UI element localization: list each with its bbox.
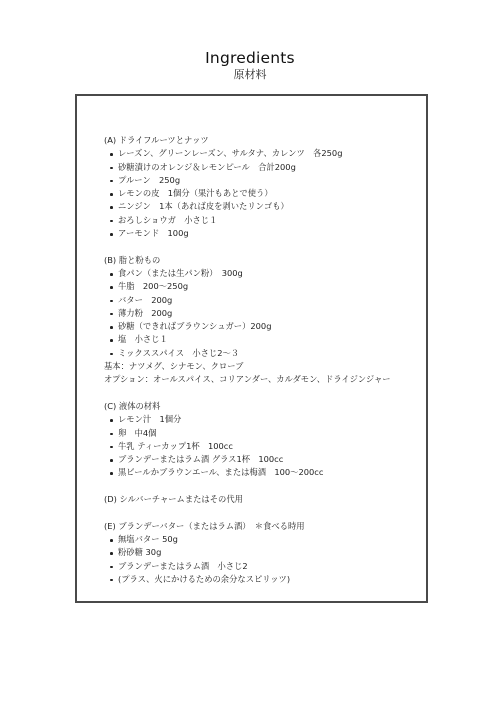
list-item: 薄力粉 200g xyxy=(104,307,419,320)
list-item: アーモンド 100g xyxy=(104,227,419,240)
list-item: プルーン 250g xyxy=(104,174,419,187)
section-heading: (A) ドライフルーツとナッツ xyxy=(104,134,419,147)
list-item: レモンの皮 1個分（果汁もあとで使う） xyxy=(104,187,419,200)
list-item: ニンジン 1本（あれば皮を剥いたリンゴも） xyxy=(104,200,419,213)
list-item: 塩 小さじ１ xyxy=(104,333,419,346)
section-heading: (D) シルバーチャームまたはその代用 xyxy=(104,493,419,506)
ingredient-list: レーズン、グリーンレーズン、サルタナ、カレンツ 各250g 砂糖漬けのオレンジ＆… xyxy=(104,147,419,240)
page-subtitle: 原材料 xyxy=(0,68,500,82)
ingredient-list: 食パン（または生パン粉） 300g 牛脂 200〜250g バター 200g 薄… xyxy=(104,267,419,360)
ingredient-list: レモン汁 1個分 卵 中4個 牛乳 ティーカップ1杯 100cc ブランデーまた… xyxy=(104,413,419,479)
list-item: (プラス、火にかけるための余分なスピリッツ) xyxy=(104,573,419,586)
spice-note-optional: オプション：オールスパイス、コリアンダー、カルダモン、ドライジンジャー xyxy=(104,373,419,386)
list-item: 卵 中4個 xyxy=(104,427,419,440)
section-a-dried-fruits-nuts: (A) ドライフルーツとナッツ レーズン、グリーンレーズン、サルタナ、カレンツ … xyxy=(104,134,419,240)
ingredients-content: (A) ドライフルーツとナッツ レーズン、グリーンレーズン、サルタナ、カレンツ … xyxy=(104,134,419,586)
list-item: ブランデーまたはラム酒 小さじ2 xyxy=(104,560,419,573)
list-item: 黒ビールかブラウンエール、または梅酒 100〜200cc xyxy=(104,466,419,479)
section-d-silver-charm: (D) シルバーチャームまたはその代用 xyxy=(104,493,419,506)
list-item: 砂糖漬けのオレンジ＆レモンピール 合計200g xyxy=(104,161,419,174)
list-item: 牛乳 ティーカップ1杯 100cc xyxy=(104,440,419,453)
section-heading: (B) 脂と粉もの xyxy=(104,254,419,267)
list-item: 砂糖（できればブラウンシュガー）200g xyxy=(104,320,419,333)
list-item: ブランデーまたはラム酒 グラス1杯 100cc xyxy=(104,453,419,466)
section-c-liquids: (C) 液体の材料 レモン汁 1個分 卵 中4個 牛乳 ティーカップ1杯 100… xyxy=(104,400,419,480)
list-item: おろしショウガ 小さじ１ xyxy=(104,214,419,227)
spice-note-basic: 基本：ナツメグ、シナモン、クローブ xyxy=(104,360,419,373)
list-item: レモン汁 1個分 xyxy=(104,413,419,426)
list-item: 無塩バター 50g xyxy=(104,533,419,546)
list-item: ミックススパイス 小さじ2〜３ xyxy=(104,347,419,360)
list-item: バター 200g xyxy=(104,294,419,307)
list-item: 牛脂 200〜250g xyxy=(104,280,419,293)
list-item: 粉砂糖 30g xyxy=(104,546,419,559)
section-e-brandy-butter: (E) ブランデーバター（またはラム酒） ＊食べる時用 無塩バター 50g 粉砂… xyxy=(104,520,419,586)
section-heading: (C) 液体の材料 xyxy=(104,400,419,413)
list-item: レーズン、グリーンレーズン、サルタナ、カレンツ 各250g xyxy=(104,147,419,160)
section-heading: (E) ブランデーバター（またはラム酒） ＊食べる時用 xyxy=(104,520,419,533)
list-item: 食パン（または生パン粉） 300g xyxy=(104,267,419,280)
page-title: Ingredients xyxy=(0,49,500,67)
section-b-fats-flours: (B) 脂と粉もの 食パン（または生パン粉） 300g 牛脂 200〜250g … xyxy=(104,254,419,387)
ingredient-list: 無塩バター 50g 粉砂糖 30g ブランデーまたはラム酒 小さじ2 (プラス、… xyxy=(104,533,419,586)
